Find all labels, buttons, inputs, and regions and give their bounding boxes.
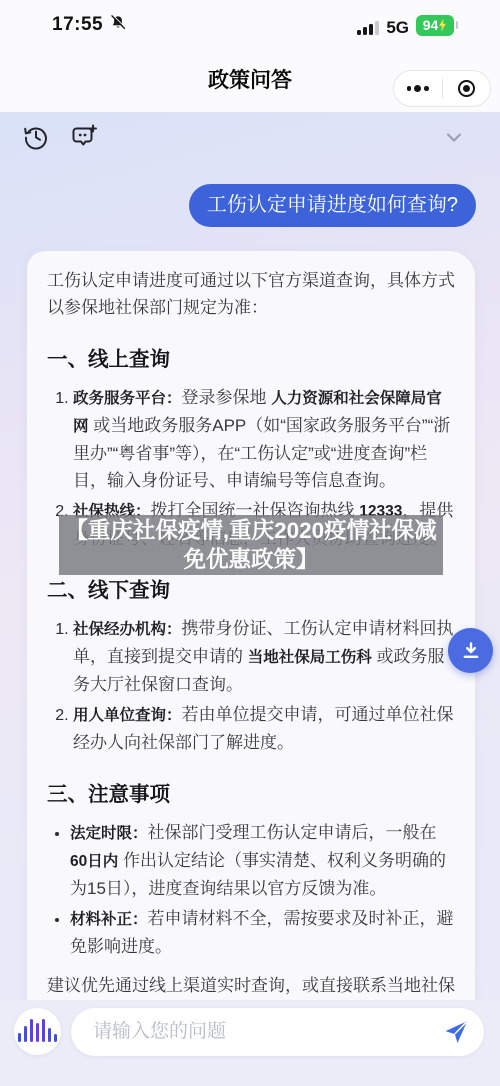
list-item: 用人单位查询：若由单位提交申请，可通过单位社保经办人向社保部门了解进度。 <box>73 701 455 756</box>
voice-input-button[interactable] <box>14 1008 61 1055</box>
download-icon <box>459 639 483 663</box>
section-list: 社保经办机构：携带身份证、工伤认定申请材料回执单，直接到提交申请的 当地社保局工… <box>47 615 455 756</box>
message-input[interactable] <box>91 1020 442 1044</box>
status-bar: 17:55 5G 94 <box>0 0 500 44</box>
list-item: 材料补正：若申请材料不全，需按要求及时补正，避免影响进度。 <box>70 905 455 960</box>
watermark-overlay: 【重庆社保疫情,重庆2020疫情社保减免优惠政策】 <box>59 515 443 575</box>
battery-percent: 94 <box>423 17 439 33</box>
section-list: 法定时限：社保部门受理工伤认定申请后，一般在 60日内 作出认定结论（事实清楚、… <box>47 819 455 960</box>
answer-card: 工伤认定申请进度可通过以下官方渠道查询，具体方式以参保地社保部门规定为准： 一、… <box>27 251 475 1025</box>
more-icon <box>407 85 429 92</box>
input-bar <box>0 1000 500 1086</box>
user-message-bubble: 工伤认定申请进度如何查询? <box>189 184 476 227</box>
status-time: 17:55 <box>52 14 103 36</box>
chat-toolbar <box>0 112 500 151</box>
status-left: 17:55 <box>52 14 127 37</box>
list-item: 政务服务平台：登录参保地 人力资源和社会保障局官网 或当地政务服务APP（如“国… <box>73 384 455 494</box>
charging-bolt-icon <box>438 18 447 32</box>
section-heading: 三、注意事项 <box>47 777 455 807</box>
download-button[interactable] <box>448 628 493 673</box>
minimize-icon <box>458 80 475 97</box>
answer-sections: 一、线上查询政务服务平台：登录参保地 人力资源和社会保障局官网 或当地政务服务A… <box>47 342 455 960</box>
title-bar: 政策问答 <box>0 44 500 112</box>
network-type: 5G <box>386 19 409 36</box>
status-right: 5G 94 <box>357 15 458 36</box>
send-icon[interactable] <box>442 1018 470 1046</box>
message-input-pill <box>71 1008 484 1056</box>
miniprogram-capsule <box>393 70 491 107</box>
section-heading: 二、线下查询 <box>47 573 455 603</box>
list-item: 社保经办机构：携带身份证、工伤认定申请材料回执单，直接到提交申请的 当地社保局工… <box>73 615 455 698</box>
new-chat-icon[interactable] <box>70 123 98 151</box>
battery-icon: 94 <box>416 15 458 36</box>
voice-wave-icon <box>18 1033 22 1042</box>
minimize-button[interactable] <box>443 71 491 106</box>
signal-icon <box>357 21 379 36</box>
bell-muted-icon <box>109 14 127 37</box>
list-item: 法定时限：社保部门受理工伤认定申请后，一般在 60日内 作出认定结论（事实清楚、… <box>70 819 455 902</box>
collapse-icon[interactable] <box>442 125 466 149</box>
history-icon[interactable] <box>22 123 50 151</box>
more-button[interactable] <box>394 71 442 106</box>
user-message-row: 工伤认定申请进度如何查询? <box>0 184 476 227</box>
app-screen: 17:55 5G 94 <box>0 0 500 1086</box>
chat-area: 工伤认定申请进度如何查询? 工伤认定申请进度可通过以下官方渠道查询，具体方式以参… <box>0 112 500 1086</box>
answer-outro: 建议优先通过线上渠道实时查询，或直接联系当地社保 <box>47 972 455 999</box>
answer-intro: 工伤认定申请进度可通过以下官方渠道查询，具体方式以参保地社保部门规定为准： <box>47 267 455 321</box>
section-heading: 一、线上查询 <box>47 342 455 372</box>
